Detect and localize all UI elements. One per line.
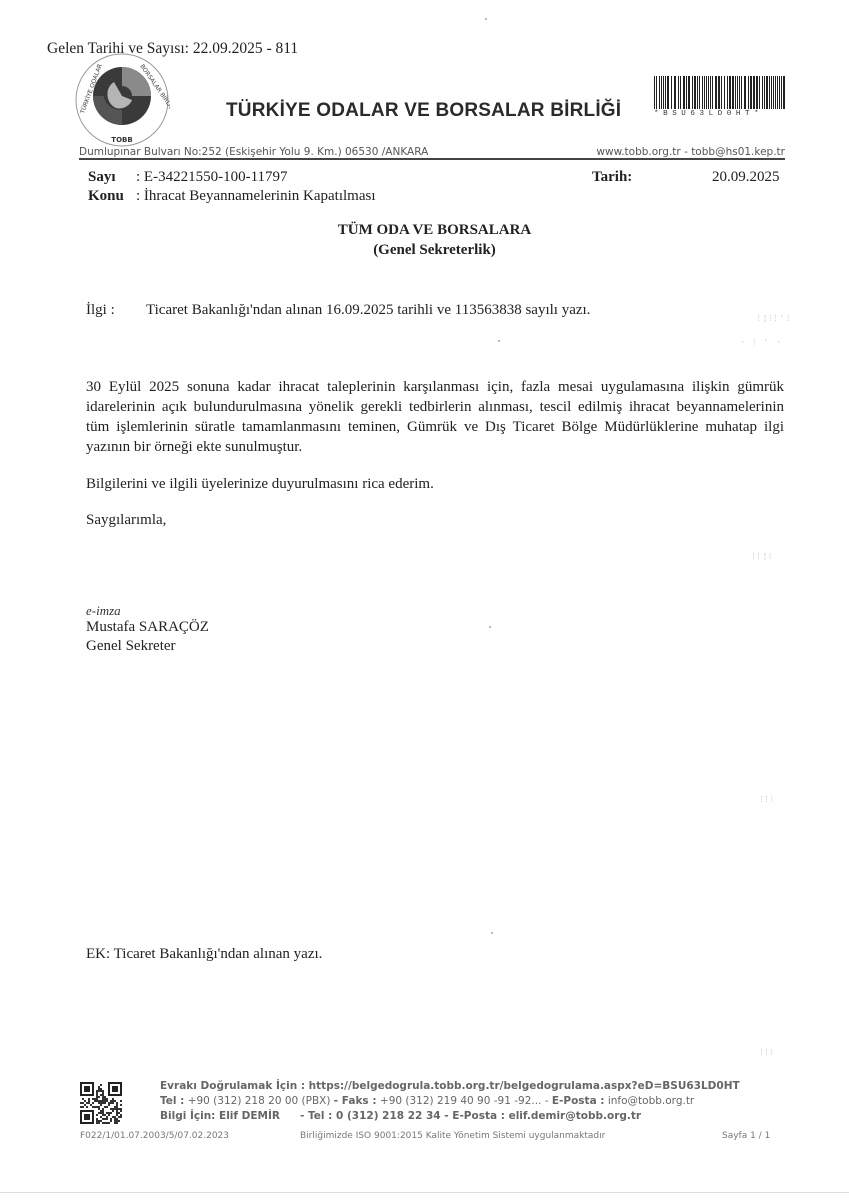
tarih-value: 20.09.2025 (712, 169, 780, 186)
barcode-bars (654, 76, 796, 109)
barcode-bar (756, 76, 758, 109)
form-code: F022/1/01.07.2003/5/07.02.2023 (80, 1131, 229, 1141)
barcode-bar (708, 76, 709, 109)
barcode-bar (663, 76, 664, 109)
sayi-label: Sayı (88, 169, 116, 186)
bilgi-contact-name: Bilgi İçin: Elif DEMİR (160, 1110, 280, 1122)
barcode-bar (718, 76, 720, 109)
barcode-bar (779, 76, 780, 109)
barcode-bar (710, 76, 711, 109)
barcode-bar (702, 76, 703, 109)
barcode-bar (674, 76, 676, 109)
scan-noise: ⁝⁞⁝ (760, 1048, 774, 1058)
qr-code-icon (80, 1082, 122, 1124)
scan-speck (489, 626, 491, 628)
barcode-bar (692, 76, 693, 109)
svg-text:TOBB: TOBB (111, 136, 132, 144)
paragraph-line: yazının bir örneği ekte sunulmuştur. (86, 437, 784, 457)
tarih-label: Tarih: (592, 169, 632, 186)
barcode-bar (688, 76, 690, 109)
barcode-bar (737, 76, 738, 109)
konu-value: : İhracat Beyannamelerinin Kapatılması (136, 188, 376, 205)
scan-noise: ⁞¦⁝⁞'⁞ (756, 314, 792, 324)
tel-value: +90 (312) 218 20 00 (PBX) (188, 1095, 331, 1107)
barcode-bar (748, 76, 749, 109)
bilgi-contact-details: - Tel : 0 (312) 218 22 34 - E-Posta : el… (300, 1110, 641, 1122)
barcode-bar (727, 76, 728, 109)
scan-noise: ⁝⁞¦⁝ (752, 552, 773, 562)
scan-noise: ⁝⁞⁝ (760, 795, 774, 805)
barcode-bar (735, 76, 736, 109)
barcode-bar (775, 76, 776, 109)
header-rule (79, 158, 785, 160)
barcode-bar (715, 76, 717, 109)
paragraph-line: idarelerinin açık bulundurulmasına yönel… (86, 397, 784, 417)
barcode-bar (683, 76, 685, 109)
tobb-logo-icon: TOBB TÜRKİYE ODALAR BORSALAR BİRLİĞİ (74, 52, 170, 148)
page-number: Sayfa 1 / 1 (722, 1131, 770, 1141)
scan-speck (491, 932, 493, 934)
barcode-bar (665, 76, 666, 109)
faks-value: +90 (312) 219 40 90 -91 -92... - (380, 1095, 549, 1107)
barcode-bar (680, 76, 681, 109)
barcode-bar (724, 76, 725, 109)
organization-title: TÜRKİYE ODALAR VE BORSALAR BİRLİĞİ (226, 100, 621, 122)
barcode-bar (699, 76, 700, 109)
barcode-bar (712, 76, 713, 109)
barcode-bar (661, 76, 662, 109)
barcode-bar (729, 76, 731, 109)
closing-text: Saygılarımla, (86, 510, 166, 530)
barcode-bar (656, 76, 657, 109)
konu-label: Konu (88, 188, 124, 205)
ilgi-label: İlgi : (86, 300, 115, 320)
signatory-title: Genel Sekreter (86, 636, 176, 656)
barcode-bar (686, 76, 687, 109)
barcode-bar (766, 76, 768, 109)
barcode-bar (671, 76, 672, 109)
paragraph-line: tüm işlemlerinin süratle tamamlanmasını … (86, 417, 784, 437)
web-contact[interactable]: www.tobb.org.tr - tobb@hs01.kep.tr (596, 146, 785, 158)
barcode-bar (678, 76, 679, 109)
barcode-bar (744, 76, 746, 109)
barcode-bar (694, 76, 696, 109)
barcode-bar (741, 76, 742, 109)
barcode-bar (732, 76, 734, 109)
document-barcode: *BSU63LD0HT* (654, 76, 796, 118)
barcode-bar (739, 76, 740, 109)
barcode-bar (659, 76, 660, 109)
barcode-bar (769, 76, 770, 109)
barcode-text: *BSU63LD0HT* (654, 110, 796, 118)
signatory-name: Mustafa SARAÇÖZ (86, 617, 209, 637)
faks-label: - Faks : (334, 1095, 377, 1107)
barcode-bar (759, 76, 760, 109)
footer-contact: Tel : +90 (312) 218 20 00 (PBX) - Faks :… (160, 1095, 694, 1107)
sayi-value: : E-34221550-100-11797 (136, 169, 288, 186)
barcode-bar (753, 76, 755, 109)
eposta-label: E-Posta : (552, 1095, 605, 1107)
barcode-bar (704, 76, 705, 109)
paragraph-line: 30 Eylül 2025 sonuna kadar ihracat talep… (86, 377, 784, 397)
tel-label: Tel : (160, 1095, 184, 1107)
barcode-bar (781, 76, 782, 109)
scan-speck (485, 18, 487, 20)
verify-link[interactable]: Evrakı Doğrulamak İçin : https://belgedo… (160, 1080, 740, 1092)
eposta-value[interactable]: info@tobb.org.tr (608, 1095, 694, 1107)
barcode-bar (771, 76, 772, 109)
iso-note: Birliğimizde ISO 9001:2015 Kalite Yöneti… (300, 1131, 605, 1141)
body-paragraph: 30 Eylül 2025 sonuna kadar ihracat talep… (86, 377, 784, 457)
barcode-bar (762, 76, 763, 109)
barcode-bar (764, 76, 765, 109)
ilgi-text: Ticaret Bakanlığı'ndan alınan 16.09.2025… (146, 300, 590, 320)
barcode-bar (721, 76, 722, 109)
attachment-note: EK: Ticaret Bakanlığı'ndan alınan yazı. (86, 944, 322, 964)
scan-speck (498, 340, 500, 342)
barcode-bar (697, 76, 698, 109)
recipient-line1: TÜM ODA VE BORSALARA (0, 222, 849, 239)
barcode-bar (777, 76, 778, 109)
barcode-bar (750, 76, 752, 109)
request-text: Bilgilerini ve ilgili üyelerinize duyuru… (86, 474, 434, 494)
barcode-bar (773, 76, 774, 109)
barcode-bar (783, 76, 785, 109)
address: Dumlupınar Bulvarı No:252 (Eskişehir Yol… (79, 146, 428, 158)
barcode-bar (706, 76, 707, 109)
recipient-line2: (Genel Sekreterlik) (0, 242, 849, 259)
barcode-bar (654, 76, 655, 109)
page-edge (0, 1192, 849, 1193)
scan-noise: · ⁝ ' · (740, 338, 782, 348)
barcode-bar (667, 76, 669, 109)
